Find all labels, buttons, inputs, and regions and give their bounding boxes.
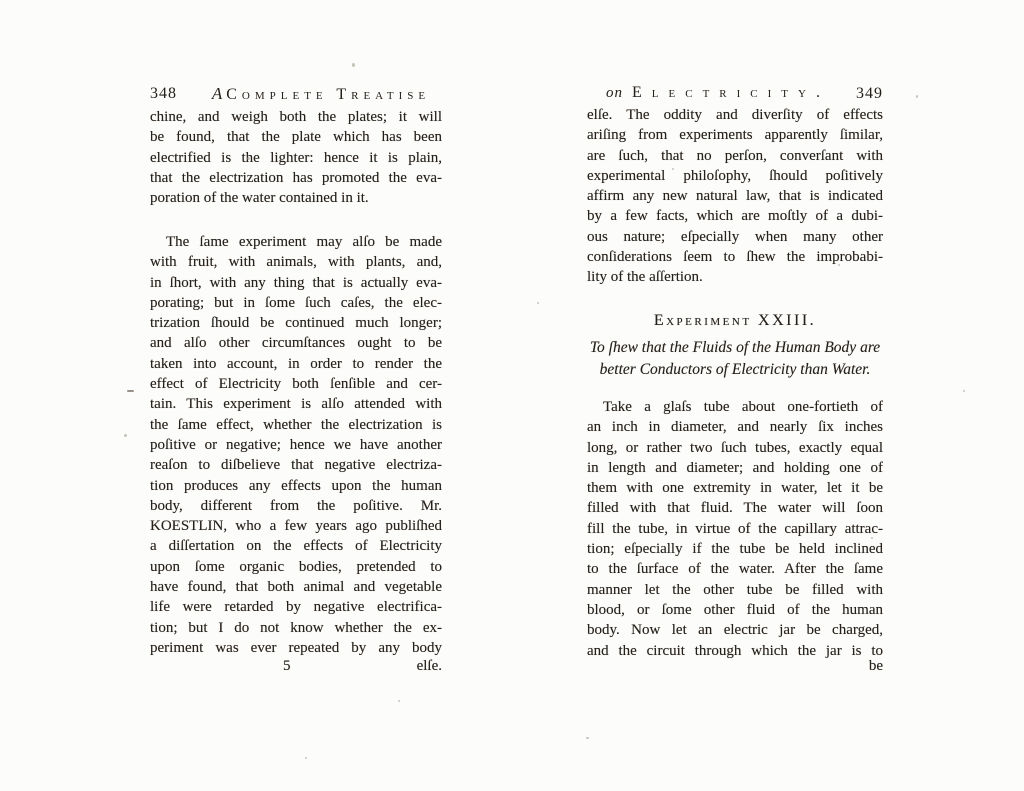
text-line: tion; eſpecially if the tube be held inc… — [587, 539, 883, 559]
page-left: 348 AComplete Treatise chine, and weigh … — [150, 84, 442, 704]
text-line: periment was ever repeated by any body — [150, 638, 442, 658]
running-title-right: onElectricity. — [587, 84, 849, 102]
text-line: upon ſome organic bodies, pretended to — [150, 557, 442, 577]
text-line: and alſo other circumſtances ought to be — [150, 333, 442, 353]
text-line: The ſame experiment may alſo be made — [150, 232, 442, 252]
paragraph-experiment: Take a glaſs tube about one-fortieth ofa… — [587, 397, 883, 661]
text-line: trization ſhould be continued much longe… — [150, 313, 442, 333]
text-line: To ſhew that the Fluids of the Human Bod… — [581, 337, 889, 359]
text-line: affirm any new natural law, that is indi… — [587, 186, 883, 206]
catchword-left: elſe. — [417, 658, 442, 675]
text-line: a diſſertation on the effects of Electri… — [150, 536, 442, 556]
scan-speck — [586, 737, 589, 739]
book-scan: 348 AComplete Treatise chine, and weigh … — [0, 0, 1024, 791]
scan-speck — [838, 264, 840, 266]
scan-speck — [124, 434, 127, 437]
text-line: poration of the water contained in it. — [150, 188, 442, 208]
text-line: tion produces any effects upon the human — [150, 476, 442, 496]
title-text: Complete Treatise — [226, 86, 430, 103]
text-line: body, different from the poſitive. Mr. — [150, 496, 442, 516]
title-article: A — [212, 84, 222, 103]
text-line: an inch in diameter, and nearly ſix inch… — [587, 417, 883, 437]
scan-speck — [537, 302, 539, 304]
scan-speck — [963, 390, 965, 392]
text-line: that the electrization has promoted the … — [150, 168, 442, 188]
text-line: to the ſurface of the water. After the ſ… — [587, 559, 883, 579]
page-number-left: 348 — [150, 85, 177, 103]
text-line: blood, or ſome other fluid of the human — [587, 600, 883, 620]
scan-speck — [672, 168, 674, 170]
text-line: Take a glaſs tube about one-fortieth of — [587, 397, 883, 417]
catchword-right: be — [587, 658, 883, 675]
text-line: the ſame effect, whether the electrizati… — [150, 415, 442, 435]
text-line: poſitive or negative; hence we have anot… — [150, 435, 442, 455]
page-number-right: 349 — [856, 85, 883, 103]
paragraph-continued: elſe. The oddity and diverſity of effect… — [587, 105, 883, 288]
paragraph-continued: chine, and weigh both the plates; it wil… — [150, 107, 442, 208]
text-line: tain. This experiment is alſo attended w… — [150, 394, 442, 414]
running-title-left: AComplete Treatise — [200, 84, 442, 104]
title-lead: on — [606, 85, 623, 101]
text-line: experimental philoſophy, ſhould poſitive… — [587, 166, 883, 186]
text-line: taken into account, in order to render t… — [150, 354, 442, 374]
text-line: ous nature; eſpecially when many other — [587, 227, 883, 247]
text-line: porating; but in ſome ſuch caſes, the el… — [150, 293, 442, 313]
page-right: onElectricity. 349 elſe. The oddity and … — [587, 84, 883, 704]
text-line: fill the tube, in virtue of the capillar… — [587, 519, 883, 539]
signature-mark: 5 — [283, 658, 291, 675]
text-line: reaſon to diſbelieve that negative elect… — [150, 455, 442, 475]
text-line: manner let the other tube be filled with — [587, 580, 883, 600]
text-line: electrified is the lighter: hence it is … — [150, 148, 442, 168]
text-line: them with one extremity in water, let it… — [587, 478, 883, 498]
text-line: elſe. The oddity and diverſity of effect… — [587, 105, 883, 125]
text-line: tion; but I do not know whether the ex- — [150, 618, 442, 638]
page-header-left: 348 AComplete Treatise — [150, 84, 442, 106]
text-line: in ſhort, with any thing that is actuall… — [150, 273, 442, 293]
text-line: effect of Electricity both ſenſible and … — [150, 374, 442, 394]
text-line: with fruit, with animals, with plants, a… — [150, 252, 442, 272]
text-line: filled with that fluid. The water will ſ… — [587, 498, 883, 518]
scan-speck — [398, 700, 400, 702]
scan-speck — [127, 390, 134, 392]
scan-speck — [871, 537, 873, 539]
text-line: long, or rather two ſuch tubes, exactly … — [587, 438, 883, 458]
scan-speck — [305, 757, 307, 759]
scan-speck — [916, 95, 918, 98]
text-line: ariſing from experiments apparently ſimi… — [587, 125, 883, 145]
text-line: have found, that both animal and vegetab… — [150, 577, 442, 597]
experiment-heading: Experiment XXIII. — [587, 312, 883, 330]
text-line: by a few facts, which are moſtly of a du… — [587, 206, 883, 226]
text-line: lity of the aſſertion. — [587, 267, 883, 287]
page-header-right: onElectricity. 349 — [587, 84, 883, 106]
text-line: better Conductors of Electricity than Wa… — [581, 359, 889, 381]
text-line: in length and diameter; and holding one … — [587, 458, 883, 478]
text-line: chine, and weigh both the plates; it wil… — [150, 107, 442, 127]
scan-speck — [352, 63, 355, 67]
text-line: KOESTLIN, who a few years ago publiſhed — [150, 516, 442, 536]
text-line: body. Now let an electric jar be charged… — [587, 620, 883, 640]
text-line: life were retarded by negative electrifi… — [150, 597, 442, 617]
title-text: Electricity. — [632, 84, 830, 101]
scan-speck — [247, 157, 250, 160]
experiment-subtitle: To ſhew that the Fluids of the Human Bod… — [581, 337, 889, 380]
text-line: be found, that the plate which has been — [150, 127, 442, 147]
text-line: are ſuch, that no perſon, converſant wit… — [587, 146, 883, 166]
page-footer-left: 5 elſe. — [150, 658, 442, 678]
paragraph-main: The ſame experiment may alſo be madewith… — [150, 232, 442, 658]
